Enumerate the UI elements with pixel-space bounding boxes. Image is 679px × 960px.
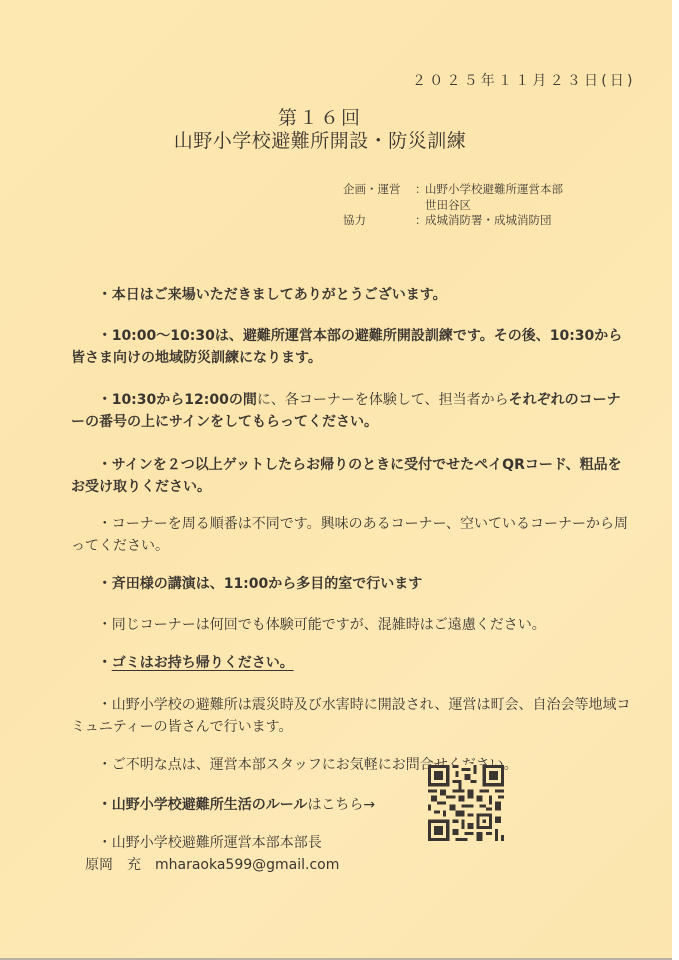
cooperation-label: 協力 xyxy=(343,213,415,229)
cooperation-value: 成城消防署・成城消防団 xyxy=(425,213,552,229)
organizer-row: 世田谷区 xyxy=(343,198,563,214)
cooperation-row: 協力 ： 成城消防署・成城消防団 xyxy=(343,213,563,229)
organizer-value: 世田谷区 xyxy=(425,198,471,214)
qr-code-icon[interactable] xyxy=(428,765,504,841)
notice-text: に、各コーナーを体験して、担当者から xyxy=(257,392,509,408)
organizer-value: 山野小学校避難所運営本部 xyxy=(425,182,563,198)
flyer-page: ２０２５年１１月２３日(日) 第１６回 山野小学校避難所開設・防災訓練 企画・運… xyxy=(0,0,672,960)
event-date: ２０２５年１１月２３日(日) xyxy=(412,70,636,90)
separator: ： xyxy=(415,213,425,229)
organizer-row: 企画・運営 ： 山野小学校避難所運営本部 xyxy=(343,182,563,198)
director-contact: ・山野小学校避難所運営本部本部長 原岡 充 mharaoka599@gmail.… xyxy=(71,835,339,873)
page-title: 山野小学校避難所開設・防災訓練 xyxy=(0,126,640,153)
notice-text: ・山野小学校の避難所は震災時及び水害時に開設され、運営は町会、自治会等地域コミュ… xyxy=(71,697,631,735)
organizer-label xyxy=(343,198,415,214)
organizer-label: 企画・運営 xyxy=(343,182,415,198)
notice-text-underlined: ゴミはお持ち帰りください。 xyxy=(112,655,294,671)
notice-text: ・10:00～10:30は、避難所運営本部の避難所開設訓練です。その後、10:3… xyxy=(71,328,622,366)
separator: ： xyxy=(415,182,425,198)
organizer-block: 企画・運営 ： 山野小学校避難所運営本部 世田谷区 協力 ： 成城消防署・成城消… xyxy=(343,182,563,229)
bullet: ・ xyxy=(98,655,112,671)
notice-text-bold: ・10:30から12:00の間 xyxy=(98,392,257,408)
notice-text: ・サインを２つ以上ゲットしたらお帰りのときに受付でせたペイQRコード、粗品をお受… xyxy=(71,457,622,495)
notice-item-director: ・山野小学校避難所運営本部本部長 原岡 充 mharaoka599@gmail.… xyxy=(71,810,631,898)
notice-text: ・コーナーを周る順番は不同です。興味のあるコーナー、空いているコーナーから周って… xyxy=(71,516,628,554)
separator xyxy=(415,198,425,214)
notice-text: ・本日はご来場いただきましてありがとうございます。 xyxy=(98,287,447,303)
notice-text: ・斉田様の講演は、11:00から多目的室で行います xyxy=(98,576,423,592)
